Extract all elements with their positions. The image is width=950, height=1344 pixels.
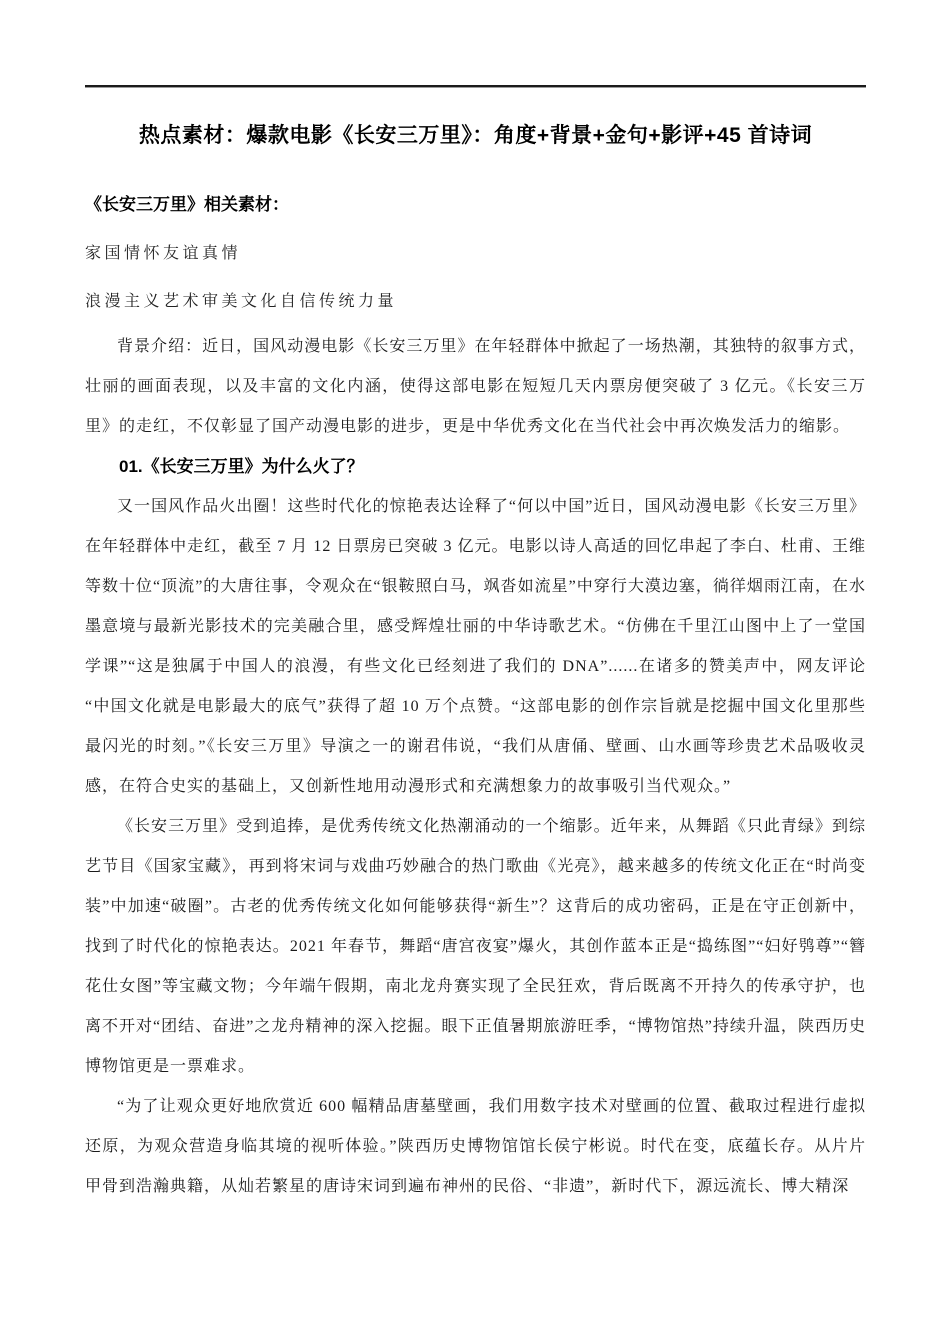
keyword-line-romanticism: 浪漫主义艺术审美文化自信传统力量 (85, 292, 866, 312)
header-rule (85, 85, 866, 88)
keyword-line-patriotism: 家国情怀友谊真情 (85, 244, 866, 264)
body-paragraph-museum-quote: “为了让观众更好地欣赏近 600 幅精品唐墓壁画，我们用数字技术对壁画的位置、截… (85, 1087, 866, 1207)
related-materials-heading: 《长安三万里》相关素材： (85, 194, 866, 216)
document-title: 热点素材：爆款电影《长安三万里》：角度+背景+金句+影评+45 首诗词 (85, 121, 866, 151)
section-heading-01: 01.《长安三万里》为什么火了？ (85, 447, 866, 487)
body-paragraph-why-popular: 又一国风作品火出圈！这些时代化的惊艳表达诠释了“何以中国”近日，国风动漫电影《长… (85, 487, 866, 807)
body-paragraph-culture-trend: 《长安三万里》受到追捧，是优秀传统文化热潮涌动的一个缩影。近年来，从舞蹈《只此青… (85, 807, 866, 1087)
background-intro-paragraph: 背景介绍：近日，国风动漫电影《长安三万里》在年轻群体中掀起了一场热潮，其独特的叙… (85, 327, 866, 447)
document-page: 热点素材：爆款电影《长安三万里》：角度+背景+金句+影评+45 首诗词 《长安三… (0, 0, 950, 1344)
